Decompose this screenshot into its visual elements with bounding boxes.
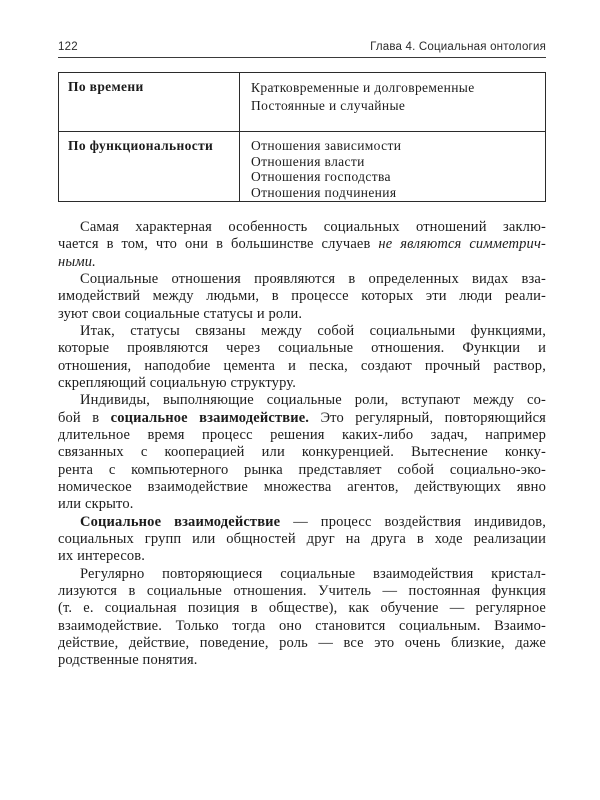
text-line: ными. — [58, 254, 546, 271]
chapter-title: Глава 4. Социальная онтология — [370, 41, 546, 53]
text-line: социальных групп или общностей друг на д… — [58, 531, 546, 548]
text-line: (т. е. социальная позиция в обществе), к… — [58, 600, 546, 617]
paragraph: Индивиды, выполняющие социальные роли, в… — [58, 392, 546, 513]
text-line: Индивиды, выполняющие социальные роли, в… — [58, 392, 546, 409]
row-label: По функциональности — [59, 132, 240, 202]
text-line: имодействий между людьми, в процессе кот… — [58, 288, 546, 305]
text-line: Социальное взаимодействие — процесс возд… — [58, 514, 546, 531]
text-line: скрепляющий социальную структуру. — [58, 375, 546, 392]
text-line: длительное время процесс решения каких-л… — [58, 427, 546, 444]
text-line: отношения, наподобие цемента и песка, со… — [58, 358, 546, 375]
text-line: зуют свои социальные статусы и роли. — [58, 306, 546, 323]
table-item: Отношения господства — [251, 169, 539, 185]
table-item: Кратковременные и долговременные — [251, 79, 539, 97]
table-row: По функциональностиОтношения зависимости… — [59, 132, 546, 202]
header-rule — [58, 57, 546, 58]
text-line: которые проявляются через социальные отн… — [58, 340, 546, 357]
book-page: 122 Глава 4. Социальная онтология По вре… — [0, 0, 600, 800]
text-line: бой в социальное взаимодействие. Это рег… — [58, 410, 546, 427]
table-item: Отношения власти — [251, 154, 539, 170]
text-line: действие, действие, поведение, роль — вс… — [58, 635, 546, 652]
text-line: Самая характерная особенность социальных… — [58, 219, 546, 236]
table-item: Постоянные и случайные — [251, 97, 539, 115]
table-row: По времениКратковременные и долговременн… — [59, 73, 546, 132]
paragraph: Итак, статусы связаны между собой социал… — [58, 323, 546, 392]
paragraph: Социальные отношения проявляются в опред… — [58, 271, 546, 323]
text-line: лизуются в социальные отношения. Учитель… — [58, 583, 546, 600]
text-line: рента с компьютерного рынка представляет… — [58, 462, 546, 479]
classification-table: По времениКратковременные и долговременн… — [58, 72, 546, 202]
text-line: Социальные отношения проявляются в опред… — [58, 271, 546, 288]
text-line: Регулярно повторяющиеся социальные взаим… — [58, 566, 546, 583]
text-line: взаимодействие. Только тогда оно станови… — [58, 618, 546, 635]
paragraph: Самая характерная особенность социальных… — [58, 219, 546, 271]
paragraph: Регулярно повторяющиеся социальные взаим… — [58, 566, 546, 670]
table-item: Отношения подчинения — [251, 185, 539, 201]
body-text: Самая характерная особенность социальных… — [58, 219, 546, 670]
paragraph: Социальное взаимодействие — процесс возд… — [58, 514, 546, 566]
text-line: или скрыто. — [58, 496, 546, 513]
row-items: Отношения зависимостиОтношения властиОтн… — [240, 132, 546, 202]
text-line: чается в том, что они в большинстве случ… — [58, 236, 546, 253]
text-line: связанных с кооперацией или конкуренцией… — [58, 444, 546, 461]
row-label: По времени — [59, 73, 240, 132]
text-line: их интересов. — [58, 548, 546, 565]
classification-table-body: По времениКратковременные и долговременн… — [59, 73, 546, 202]
page-number: 122 — [58, 41, 78, 53]
row-items: Кратковременные и долговременныеПостоянн… — [240, 73, 546, 132]
text-line: номическое взаимодействие множества аген… — [58, 479, 546, 496]
text-line: родственные понятия. — [58, 652, 546, 669]
page-header: 122 Глава 4. Социальная онтология — [58, 41, 546, 53]
text-line: Итак, статусы связаны между собой социал… — [58, 323, 546, 340]
table-item: Отношения зависимости — [251, 138, 539, 154]
